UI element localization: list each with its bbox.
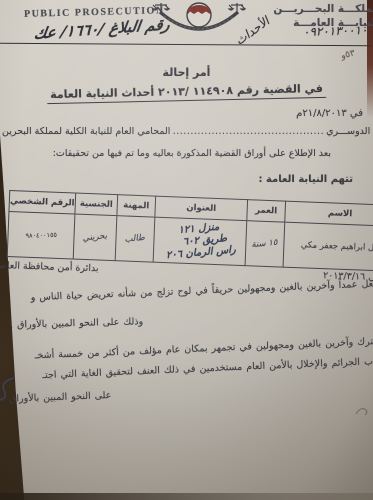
defendant-nationality: بحريني — [82, 231, 107, 243]
col-header-personal-number: الرقم الشخصي — [9, 191, 76, 215]
defendant-name-cell: ـل ابراهيم جعفر مكي — [283, 222, 373, 271]
document-photo: PUBLIC PROSECUTION مملكـــة البحـــريـــ… — [0, 0, 373, 500]
header-rule-line — [0, 43, 372, 47]
defendant-table: الاسم العمر العنوان المهنة الجنسية الرقم… — [7, 190, 373, 272]
handwritten-case-number: ٠٩٢٠١٣٠٠١٠ — [302, 23, 367, 39]
defendant-name: ـل ابراهيم جعفر مكي — [301, 240, 373, 253]
attorney-title: المحامي العام للنيابة الكلية لمملكة البح… — [2, 126, 170, 137]
case-line-wrap: في القضية رقم ١١٤٩٠٨ /٢٠١٣ أحداث النيابة… — [0, 76, 373, 105]
charge-line-as-shown-1: وذلك على النحو المبين بالأوراق . — [10, 316, 143, 330]
attorney-line: ـد الدوســـري ..........................… — [2, 126, 373, 137]
scale-icon — [229, 3, 245, 12]
defendant-occupation-cell: طالب — [115, 216, 155, 262]
defendant-address-cell: منزل ١٢١ طريق ٦٠٢ راس الرمان ٢٠٦ — [153, 217, 247, 265]
charge-location-fragment: بدائرة أمن محافظة العاصـ — [0, 260, 99, 274]
col-header-occupation: المهنة — [117, 195, 156, 217]
col-header-nationality: الجنسية — [75, 193, 118, 216]
handwritten-margin-note: ٥٣و — [340, 48, 356, 61]
handwritten-report-number: رقم البلاغ /١٦٦٠/ عك — [33, 15, 171, 43]
defendant-occupation: طالب — [124, 233, 145, 245]
scale-icon — [153, 3, 169, 12]
defendant-personal-number-cell: ٩٨٠٤٠٠١٥٥ — [7, 212, 75, 260]
defendant-address: منزل ١٢١ طريق ٦٠٢ راس الرمان ٢٠٦ — [153, 220, 247, 263]
charge-line-arson: أشعل عمداً وآخرين بالغين ومجهولين حريقاً… — [0, 278, 373, 305]
attorney-name-fragment: ـد الدوســـري — [326, 126, 373, 137]
photo-shading — [0, 340, 373, 500]
case-number-line: في القضية رقم ١١٤٩٠٨ /٢٠١٣ أحداث النيابة… — [47, 82, 326, 104]
order-date: في ٢١/٨/٢٠١٣م — [296, 108, 363, 119]
accusation-lead: تتهم النيابة العامة : — [259, 174, 353, 185]
defendant-age-cell: ١٥ سنة — [245, 221, 285, 267]
col-header-age: العمر — [247, 200, 286, 222]
defendant-nationality-cell: بحريني — [73, 214, 117, 261]
header-country: مملكـــة البحـــريـــن — [273, 2, 373, 16]
review-statement: بعد الإطلاع على أوراق القضية المذكورة بع… — [53, 148, 331, 159]
defendant-age: ١٥ سنة — [251, 238, 278, 251]
defendant-personal-number: ٩٨٠٤٠٠١٥٥ — [25, 231, 57, 240]
dotted-fill: ........................................… — [172, 126, 324, 137]
